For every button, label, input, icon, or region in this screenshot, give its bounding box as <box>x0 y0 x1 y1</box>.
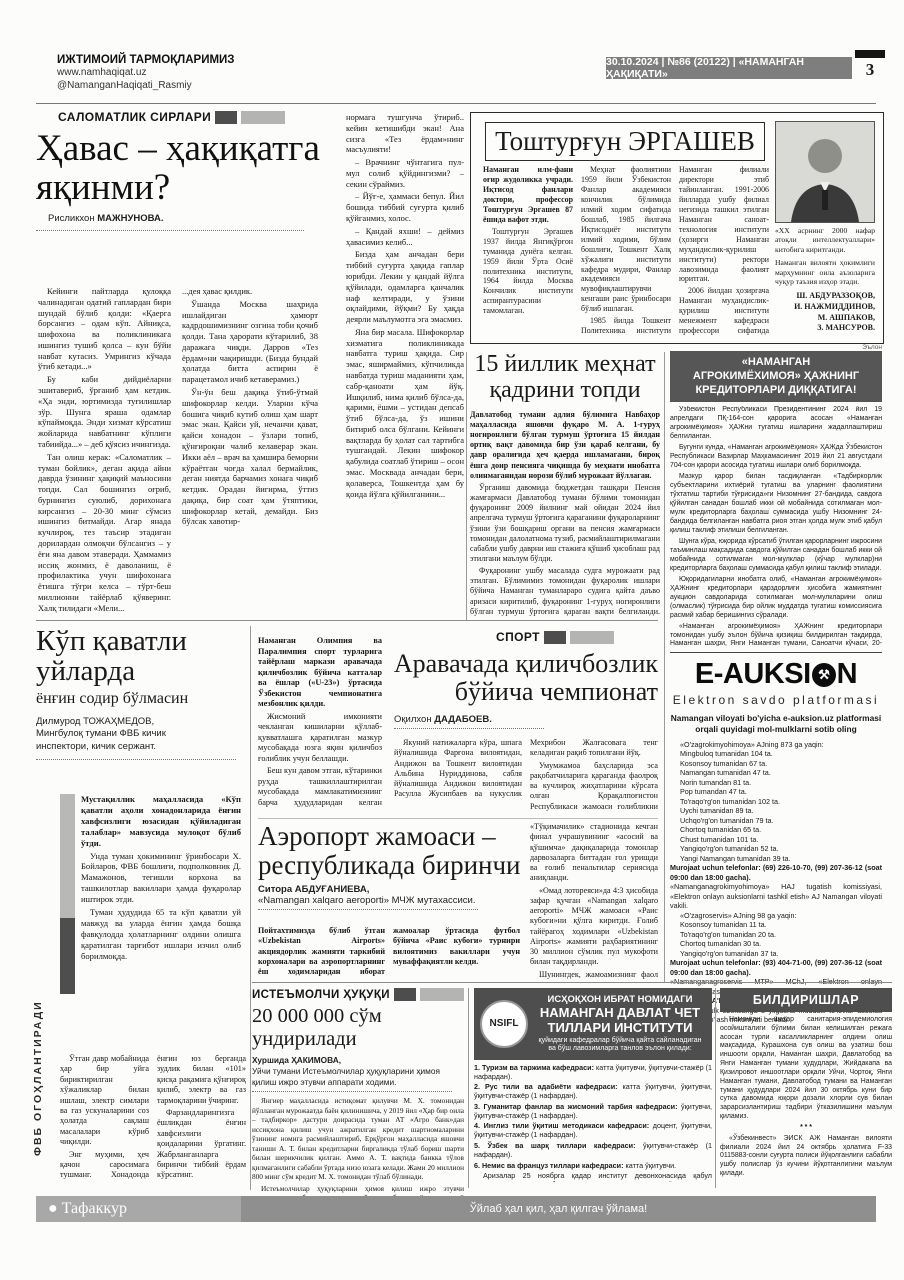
condolence-text: Наманган вилояти ҳокимлиги марҳумнинг ои… <box>775 258 875 286</box>
portrait-photo <box>775 121 875 223</box>
footer-brand: ● Тафаккур <box>48 1200 127 1218</box>
intro-column: Мустақиллик маҳалласида «Кўп қаватли аҳо… <box>81 794 241 1038</box>
e-auksion-logo: E-AUKSI⚒N <box>670 658 882 691</box>
rubric-square-light <box>241 111 285 124</box>
list-item: To'raqo'rg'on tumanidan 20 ta. <box>680 930 882 940</box>
ad-institute: NSIFL ИСҲОҚХОН ИБРАТ НОМИДАГИ НАМАНГАН Д… <box>474 988 712 1190</box>
body-column: ...дея ҳавас қилдик. Ўшанда Москва шаҳри… <box>182 286 318 622</box>
obituary-photo-block: «ХХ асрнинг 2000 нафар атоқли интеллекту… <box>775 121 875 334</box>
vacancy-item: 5. Ўзбек ва шарқ тиллари кафедраси: ўқит… <box>474 1142 712 1160</box>
article-obituary: Тоштурғун ЭРГАШЕВ Наманган илм-фани оғир… <box>470 112 884 344</box>
list-item: To'raqo'rg'on tumanidan 102 ta. <box>680 797 882 807</box>
e-auksion-logo-icon: ⚒ <box>812 663 836 687</box>
list-header: «O'zagrokimyohimoya» AJning 873 ga yaqin… <box>680 740 882 750</box>
vacancy-item: 2. Рус тили ва адабиёти кафедраси: катта… <box>474 1083 712 1101</box>
body-columns: Ўтган давр мобайнида ҳар бир уйга бирикт… <box>60 1054 246 1186</box>
nsifl-logo-icon: NSIFL <box>480 1000 528 1048</box>
e-auksion-tagline: Elektron savdo platformasi <box>670 693 882 707</box>
signatures: Ш. АБДУРАЗЗОҚОВ, И. НАЖМИДДИНОВ, М. АШПА… <box>775 291 875 334</box>
list-item: Chortoq tumanidan 30 ta. <box>680 939 882 949</box>
article-fire: Кўп қаватли уйларда ёнғин содир бўлмасин… <box>36 626 248 1192</box>
website-link: www.namhaqiqat.uz <box>57 66 235 79</box>
byline-rule <box>36 759 236 760</box>
separator-stars: * * * <box>720 1124 892 1133</box>
telegram-handle: @NamanganHaqiqati_Rasmiy <box>57 79 235 92</box>
article-byline: Дилмурод ТОЖАҲМЕДОВ, Мингбулоқ тумани ФВ… <box>36 716 186 753</box>
rubric-consumer: ИСТЕЪМОЛЧИ ҲУҚУҚИ <box>252 988 464 1001</box>
body-column: «Тўқимачилик» стадионида кечган финал уч… <box>530 822 658 980</box>
rubric-square-dark <box>544 631 566 644</box>
portrait-silhouette-icon <box>776 122 874 222</box>
article-sport: СПОРТ Аравачада қиличбозлик бўйича чемпи… <box>258 626 658 816</box>
body-columns: Якуний натижаларга кўра, шпага йўналишид… <box>394 738 658 812</box>
institute-note: Аризалар 25 ноябрга қадар институт девон… <box>474 1172 712 1181</box>
article-airport: Аэропорт жамоаси – республикада биринчи … <box>258 822 658 982</box>
obituary-body: Наманган илм-фани оғир жудоликка учради.… <box>483 165 769 337</box>
note-line: «Namanganagrokimyohimoya» HAJ tugatish k… <box>670 882 882 911</box>
list-item: Namangan tumanidan 47 ta. <box>680 768 882 778</box>
footer-slogan: Ўйлаб ҳал қил, ҳал қилгач ўйлама! <box>241 1196 876 1222</box>
article-consumer: ИСТЕЪМОЛЧИ ҲУҚУҚИ 20 000 000 сўм ундирил… <box>252 988 464 1190</box>
list-item: Yangiqo'rg'on tumanidan 52 ta. <box>680 844 882 854</box>
body-column: нормага тушгунча ўтириб.. кейин кетишибд… <box>346 112 464 622</box>
column-rule <box>664 352 665 982</box>
contact-line: Murojaat uchun telefonlar: (93) 404-71-0… <box>670 958 882 977</box>
list-header: «O'zagroservis» AJning 98 ga yaqin: <box>680 911 882 921</box>
contact-line: Murojaat uchun telefonlar: (69) 226-10-7… <box>670 863 882 882</box>
issue-info-bar: 30.10.2024 | №86 (20122) | «НАМАНГАН ҲАҚ… <box>606 57 852 79</box>
vacancy-item: 4. Инглиз тили ўқитиш методикаси кафедра… <box>474 1122 712 1140</box>
column-rule <box>468 988 469 1188</box>
byline-rule <box>394 728 544 729</box>
intro-block: Мустақиллик маҳалласида «Кўп қаватли аҳо… <box>60 794 246 1038</box>
institute-subtitle: қуйидаги кафедралар бўйича қайта сайлана… <box>534 1037 706 1054</box>
article-body: Давлатобод тумани адлия бўлимига Навбаҳо… <box>470 410 660 616</box>
vacancy-item: 6. Немис ва француз тиллари кафедраси: к… <box>474 1162 712 1171</box>
vacancy-item: 1. Туризм ва таржима кафедраси: катта ўқ… <box>474 1064 712 1082</box>
section-rule <box>258 818 658 819</box>
list-item: Uychi tumanidan 89 ta. <box>680 806 882 816</box>
article-byline: Оқилхон ДАДАБОЕВ. <box>394 714 544 729</box>
byline-rule <box>258 909 478 910</box>
body-columns: Пойтахтимизда бўлиб ўтган «Uzbekistan Ai… <box>258 926 520 980</box>
article-mehnat: 15 йиллик меҳнат қадрини топди Давлатобо… <box>470 352 660 628</box>
page-number-tab <box>855 50 885 58</box>
rubric-sport: СПОРТ <box>496 630 614 644</box>
article-byline: Хуршида ҲАКИМОВА, Уйчи тумани Истеъмолчи… <box>252 1055 464 1087</box>
list-item: Kosonsoy tumanidan 11 ta. <box>680 920 882 930</box>
list-item: Uchqo'rg'on tumanidan 79 ta. <box>680 816 882 826</box>
article-body: Янгиер маҳалласида истиқомат қилувчи М. … <box>252 1096 464 1200</box>
list-item: Kosonsoy tumanidan 67 ta. <box>680 759 882 769</box>
vertical-rubric-label: ФВБ ОГОҲЛАНТИРАДИ <box>32 926 44 1156</box>
rubric-label: ИСТЕЪМОЛЧИ ҲУҚУҚИ <box>252 989 390 1001</box>
divider <box>252 982 892 983</box>
bildirishlar-title: БИЛДИРИШЛАР <box>720 988 892 1012</box>
list-item: Pop tumandan 47 ta. <box>680 787 882 797</box>
notice-bildirishlar: БИЛДИРИШЛАР Наманган шаҳар санитария-эпи… <box>720 988 892 1190</box>
column-rule <box>250 626 251 1190</box>
rubric-square-light <box>570 631 614 644</box>
masthead-social-block: ИЖТИМОИЙ ТАРМОҚЛАРИМИЗ www.namhaqiqat.uz… <box>57 54 235 92</box>
institute-header: NSIFL ИСҲОҚХОН ИБРАТ НОМИДАГИ НАМАНГАН Д… <box>474 988 712 1060</box>
newspaper-page: ИЖТИМОИЙ ТАРМОҚЛАРИМИЗ www.namhaqiqat.uz… <box>0 0 904 1280</box>
header-rule <box>36 103 876 104</box>
article-title: 20 000 000 сўм ундирилади <box>252 1005 464 1051</box>
list-item: Chust tumanidan 101 ta. <box>680 835 882 845</box>
column-rule <box>466 352 467 620</box>
bildirishlar-body: Наманган шаҳар санитария-эпидемиология о… <box>720 1016 892 1182</box>
obituary-title: Тоштурғун ЭРГАШЕВ <box>485 122 765 161</box>
ad-eauksion: E-AUKSI⚒N Elektron savdo platformasi Nam… <box>670 658 882 1025</box>
footer-brand-box: ● Тафаккур <box>36 1196 241 1222</box>
list-item: Mingbuloq tumanidan 104 ta. <box>680 749 882 759</box>
column-rule <box>715 988 716 1188</box>
list-item: Norin tumandan 81 ta. <box>680 778 882 788</box>
byline-rule <box>252 1091 452 1092</box>
social-label: ИЖТИМОИЙ ТАРМОҚЛАРИМИЗ <box>57 54 235 66</box>
e-auksion-intro: Namangan viloyati bo'yicha e-auksion.uz … <box>670 713 882 735</box>
article-title: Аравачада қиличбозлик бўйича чемпионат <box>368 650 658 706</box>
notice-title: «НАМАНГАН АГРОКИМЁХИМОЯ» ҲАЖНИНГ КРЕДИТО… <box>670 351 882 402</box>
body-column: Кейинги пайтларда қулоққа чалинадиган од… <box>38 286 171 622</box>
vacancy-item: 3. Гуманитар фанлар ва жисмоний тарбия к… <box>474 1103 712 1121</box>
article-havas: САЛОМАТЛИК СИРЛАРИ Ҳавас – ҳақиқатга яқи… <box>36 110 464 624</box>
list-item: Yangiqo'rg'on tumanidan 37 ta. <box>680 949 882 959</box>
notice-body: Ўзбекистон Республикаси Президентининг 2… <box>670 406 882 646</box>
bullet-icon: ● <box>48 1200 58 1217</box>
section-rule <box>670 652 882 653</box>
footer-bar: ● Тафаккур Ўйлаб ҳал қил, ҳал қилгач ўйл… <box>36 1196 876 1222</box>
rubric-label: СПОРТ <box>496 630 540 644</box>
notice-tag: Эълон <box>670 344 882 351</box>
divider <box>36 620 658 621</box>
list-item: Yangi Namangan tumanidan 39 ta. <box>680 854 882 864</box>
page-number: 3 <box>855 58 885 82</box>
rubric-square-dark <box>215 111 237 124</box>
article-title: 15 йиллик меҳнат қадрини топди <box>470 352 660 404</box>
notice-agro: Эълон «НАМАНГАН АГРОКИМЁХИМОЯ» ҲАЖНИНГ К… <box>670 344 882 646</box>
photo-caption: «ХХ асрнинг 2000 нафар атоқли интеллекту… <box>775 226 875 254</box>
intro-column: Наманган Олимпия ва Паралимпия спорт тур… <box>258 636 382 812</box>
article-title: Кўп қаватли уйларда <box>36 626 248 687</box>
rubric-label: САЛОМАТЛИК СИРЛАРИ <box>58 110 211 124</box>
article-subtitle: ёнғин содир бўлмасин <box>36 690 248 708</box>
list-item: Chortoq tumanidan 65 ta. <box>680 825 882 835</box>
institute-list: 1. Туризм ва таржима кафедраси: катта ўқ… <box>474 1064 712 1182</box>
accent-bar <box>60 794 75 994</box>
byline-rule <box>36 230 304 231</box>
rubric-square-light <box>420 988 464 1001</box>
rubric-square-dark <box>394 988 416 1001</box>
